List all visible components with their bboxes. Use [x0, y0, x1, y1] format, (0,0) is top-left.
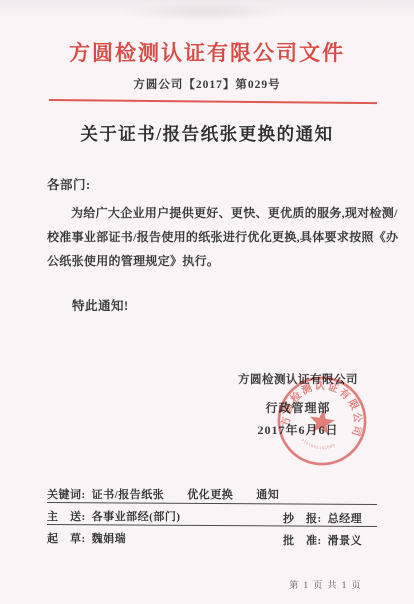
page-number: 第 1 页 共 1 页 — [0, 578, 362, 591]
seal-serial-number: 4151005102080 — [299, 437, 337, 453]
notice-title: 关于证书/报告纸张更换的通知 — [0, 121, 414, 146]
footer-draft-row: 起 草:魏娟瑞 — [47, 530, 126, 546]
to-value: 各事业部经(部门) — [92, 511, 181, 523]
seal-star-icon — [308, 407, 337, 435]
notice-body: 为给广大企业用户提供更好、更快、更优质的服务,现对检测/ 校准事业部证书/报告使… — [47, 201, 383, 273]
body-line: 公纸张使用的管理规定》执行。 — [47, 249, 383, 273]
footer-cc-row: 抄 报:总经理 — [283, 510, 362, 526]
draft-label: 起 草: — [47, 533, 86, 545]
footer-divider-line — [47, 502, 377, 505]
document-header-title: 方圆检测认证有限公司文件 — [0, 37, 414, 67]
keywords-label: 关键词: — [47, 489, 86, 501]
document-number: 方圆公司【2017】第029号 — [0, 76, 414, 92]
body-line: 为给广大企业用户提供更好、更快、更优质的服务,现对检测/ — [47, 201, 383, 225]
draft-value: 魏娟瑞 — [92, 533, 127, 545]
cc-label: 抄 报: — [283, 513, 322, 525]
body-line: 校准事业部证书/报告使用的纸张进行优化更换,具体要求按照《办 — [47, 225, 383, 249]
keywords-value: 证书/报告纸张 优化更换 通知 — [92, 489, 280, 501]
approve-label: 批 准: — [283, 535, 322, 547]
scanned-document-page: 方圆检测认证有限公司文件 方圆公司【2017】第029号 关于证书/报告纸张更换… — [0, 0, 414, 604]
approve-value: 滑景义 — [328, 535, 363, 547]
to-label: 主 送: — [47, 511, 86, 523]
footer-to-row: 主 送:各事业部经(部门) — [47, 508, 181, 524]
salutation: 各部门: — [47, 175, 91, 193]
header-divider-line — [49, 99, 377, 104]
closing-statement: 特此通知! — [47, 296, 129, 314]
company-seal-stamp: 方圆检测认证有限公司 4151005102080 — [268, 367, 376, 475]
footer-approve-row: 批 准:滑景义 — [283, 532, 362, 548]
footer-keywords-row: 关键词:证书/报告纸张 优化更换 通知 — [47, 486, 279, 502]
cc-value: 总经理 — [328, 513, 363, 525]
